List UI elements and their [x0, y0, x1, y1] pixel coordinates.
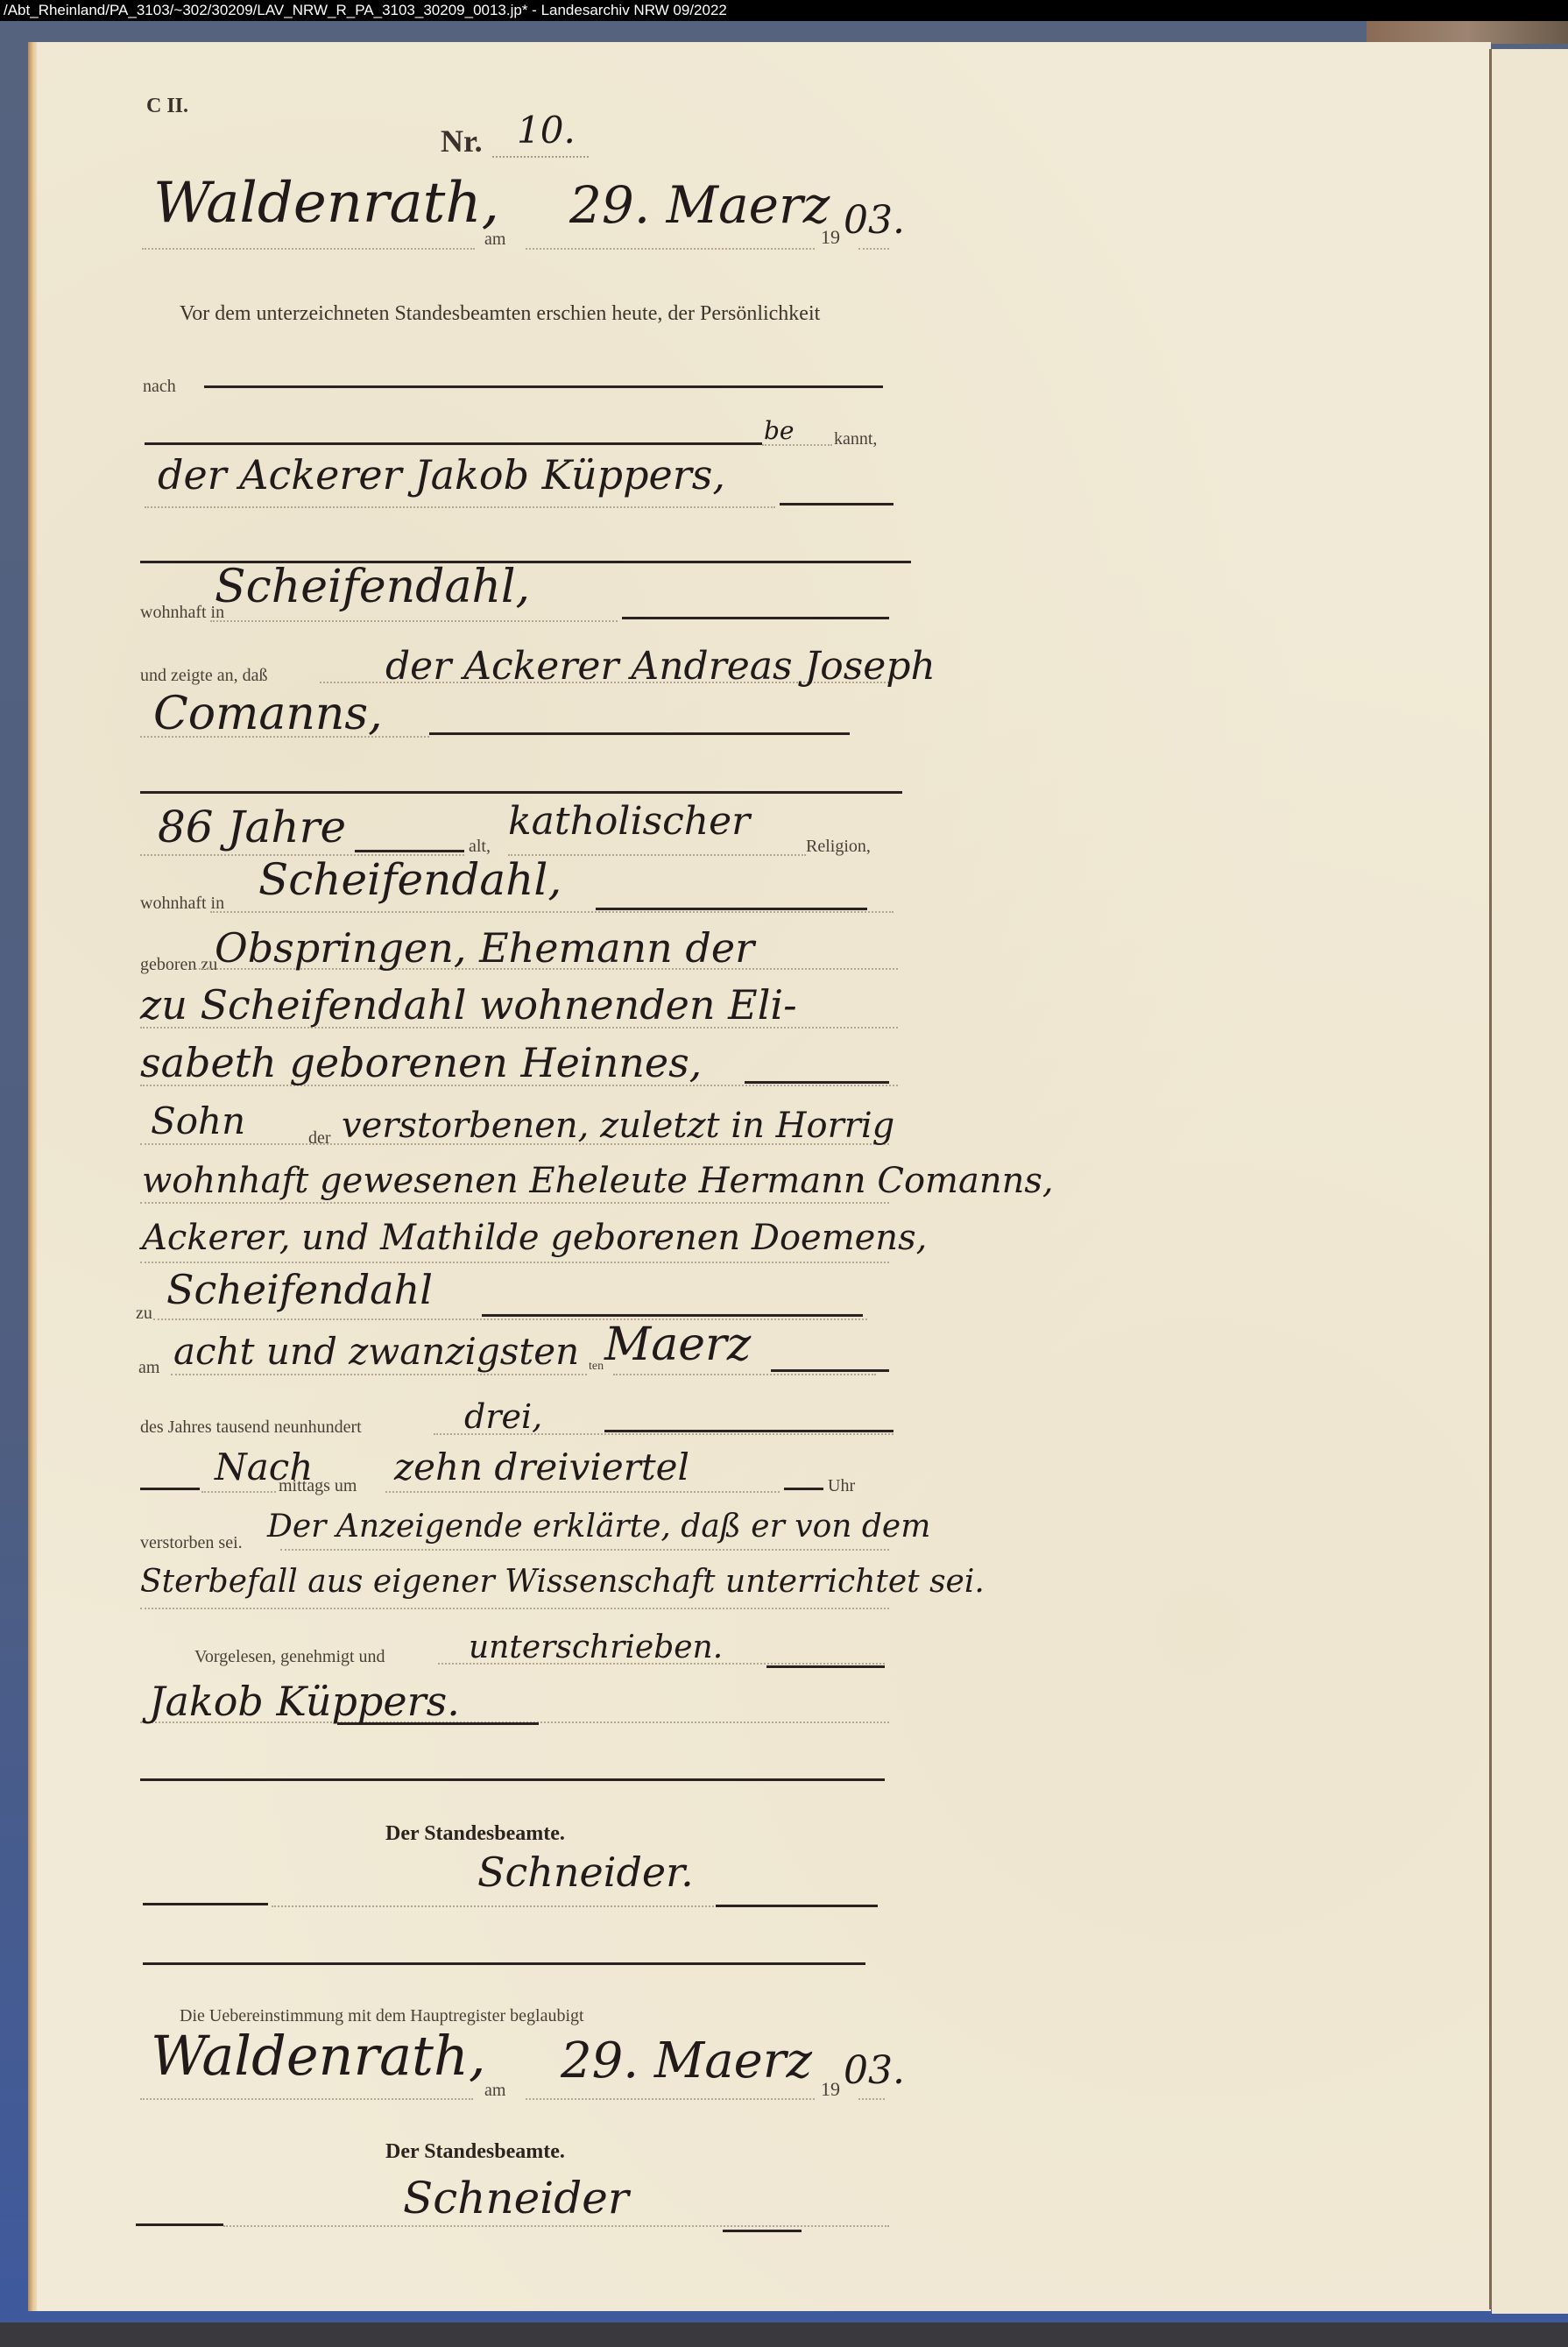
death-day: acht und zwanzigsten	[173, 1330, 579, 1373]
header-am-label: am	[484, 230, 505, 250]
strike-line	[771, 1369, 889, 1372]
am-label: am	[138, 1358, 159, 1378]
dots	[210, 620, 618, 622]
informant-signature: Jakob Küppers.	[149, 1678, 460, 1725]
dots	[140, 2098, 473, 2100]
table-surface	[0, 2322, 1568, 2347]
dots	[145, 506, 775, 508]
religion-value: katholischer	[508, 799, 750, 844]
bekannt-prefix: be	[764, 416, 795, 445]
window-title-bar: /Abt_Rheinland/PA_3103/~302/30209/LAV_NR…	[0, 0, 1568, 21]
strike-line	[145, 442, 762, 445]
der-label: der	[308, 1128, 331, 1149]
parents-line3: Ackerer, und Mathilde geborenen Doemens,	[142, 1218, 927, 1258]
cover-corner	[1367, 21, 1568, 44]
registrar-signature: Schneider.	[477, 1849, 694, 1896]
nach-label: nach	[143, 377, 176, 397]
record-number: 10.	[517, 109, 576, 152]
birth-line2: zu Scheifendahl wohnenden Eli-	[140, 981, 797, 1029]
unterschrieben-text: unterschrieben.	[469, 1629, 723, 1665]
birth-line1: Obspringen, Ehemann der	[215, 924, 754, 972]
zu-label: zu	[136, 1304, 152, 1324]
dots	[140, 1262, 889, 1263]
dots	[858, 248, 889, 250]
cert-registrar-title: Der Standesbeamte.	[385, 2140, 565, 2164]
strike-line	[482, 1314, 863, 1317]
informant-residence: Scheifendahl,	[215, 561, 530, 613]
header-year-suffix: 03.	[844, 198, 905, 243]
dots	[280, 1549, 889, 1551]
ten-label: ten	[589, 1360, 604, 1374]
strike-line	[355, 850, 464, 852]
strike-line	[143, 1962, 865, 1965]
uhr-label: Uhr	[828, 1476, 855, 1496]
sohn-text: Sohn	[151, 1099, 245, 1142]
cert-am-label: am	[484, 2081, 505, 2101]
deceased-name-line2: Comanns,	[153, 688, 383, 740]
header-date: 29. Maerz	[569, 175, 830, 235]
strike-line	[622, 617, 889, 619]
intro-text: Vor dem unterzeichneten Standesbeamten e…	[180, 302, 820, 326]
verstorben-label: verstorben sei.	[140, 1533, 243, 1553]
death-place: Scheifendahl	[166, 1266, 433, 1313]
informant-name: der Ackerer Jakob Küppers,	[158, 451, 725, 498]
strike-line	[140, 791, 902, 794]
cert-place: Waldenrath,	[151, 2024, 486, 2088]
header-year-prefix: 19	[821, 226, 840, 249]
strike-line	[716, 1905, 878, 1907]
next-page-sliver	[1492, 49, 1568, 2314]
strike-line	[723, 2230, 802, 2232]
jahres-label: des Jahres tausend neunhundert	[140, 1417, 362, 1438]
strike-line	[136, 2223, 223, 2226]
cert-year-prefix: 19	[821, 2078, 840, 2101]
strike-line	[143, 1903, 268, 1905]
dots	[223, 2225, 889, 2227]
window-title: /Abt_Rheinland/PA_3103/~302/30209/LAV_NR…	[4, 2, 727, 18]
geboren-label: geboren zu	[140, 955, 217, 975]
strike-line	[429, 732, 850, 735]
cert-date: 29. Maerz	[561, 2032, 812, 2089]
deceased-age: 86 Jahre	[158, 802, 346, 852]
strike-line	[745, 1081, 889, 1084]
religion-label: Religion,	[806, 837, 871, 857]
dots	[210, 911, 893, 913]
dots	[140, 1608, 889, 1609]
dots	[526, 248, 815, 250]
bekannt-label: kannt,	[834, 429, 877, 449]
strike-line	[204, 385, 883, 388]
dots	[526, 2098, 815, 2100]
dots	[140, 1202, 889, 1204]
dots	[153, 1318, 867, 1320]
cert-year-suffix: 03.	[844, 2048, 905, 2093]
strike-line	[140, 1778, 885, 1781]
header-place: Waldenrath,	[153, 171, 499, 236]
dots	[171, 1374, 587, 1375]
number-dots	[492, 156, 589, 158]
strike-line	[780, 503, 893, 505]
zeigte-label: und zeigte an, daß	[140, 666, 268, 686]
mittags-label: mittags um	[279, 1476, 357, 1496]
page-gutter	[1489, 49, 1492, 2309]
parents-line1: verstorbenen, zuletzt in Horrig	[342, 1106, 894, 1146]
deceased-residence: Scheifendahl,	[258, 854, 562, 905]
dots	[385, 1491, 780, 1493]
vorgelesen-label: Vorgelesen, genehmigt und	[194, 1647, 385, 1667]
dots	[272, 1905, 714, 1907]
strike-line	[784, 1488, 823, 1490]
strike-line	[596, 908, 867, 910]
birth-line3: sabeth geborenen Heinnes,	[140, 1039, 702, 1086]
strike-line	[140, 1488, 200, 1490]
deceased-name-line1: der Ackerer Andreas Joseph	[385, 644, 936, 689]
number-label: Nr.	[441, 123, 483, 159]
parents-line2: wohnhaft gewesenen Eheleute Hermann Coma…	[142, 1161, 1054, 1201]
dots	[613, 1374, 876, 1375]
strike-line	[604, 1430, 893, 1432]
statement-line2: Sterbefall aus eigener Wissenschaft unte…	[140, 1564, 985, 1600]
statement-line1: Der Anzeigende erklärte, daß er von dem	[267, 1509, 930, 1545]
registrar-title: Der Standesbeamte.	[385, 1822, 565, 1846]
death-time: zehn dreiviertel	[394, 1446, 689, 1488]
cert-registrar-signature: Schneider	[403, 2173, 629, 2223]
dots	[142, 248, 475, 250]
strike-line	[766, 1665, 885, 1668]
dots	[201, 1491, 276, 1493]
dots	[858, 2098, 885, 2100]
death-year: drei,	[464, 1397, 542, 1436]
form-code: C II.	[146, 95, 188, 118]
death-month: Maerz	[604, 1318, 751, 1371]
